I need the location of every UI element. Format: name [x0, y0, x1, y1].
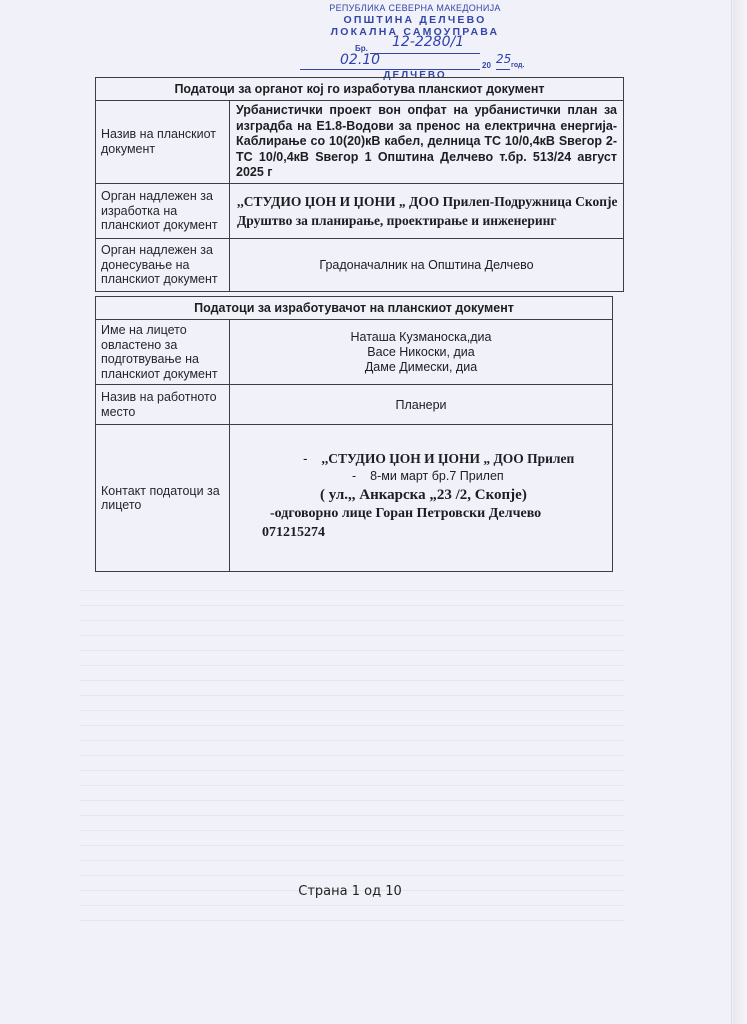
page-edge-right	[731, 0, 732, 1024]
preparing-organ-label: Орган надлежен за изработка на планскиот…	[96, 183, 230, 238]
table-row: Назив на работното место Планери	[96, 385, 613, 425]
bleed-line	[80, 920, 625, 921]
bleed-line	[80, 860, 625, 861]
author-table-header-row: Податоци за изработувачот на планскиот д…	[96, 297, 613, 320]
organ-table: Податоци за органот кој го изработува пл…	[95, 77, 624, 292]
page-shadow	[733, 0, 747, 1024]
page-number: Страна 1 од 10	[0, 884, 700, 899]
bleed-line	[80, 830, 625, 831]
preparing-organ-description: Друштво за планирање, проектирање и инже…	[237, 211, 618, 230]
bleed-line	[80, 740, 625, 741]
bleed-line	[80, 680, 625, 681]
stamp-year-line	[496, 69, 510, 70]
bleed-line	[80, 695, 625, 696]
plan-name-label: Назив на планскиот документ	[96, 101, 230, 184]
authorized-person-names: Наташа Кузманоска,диа Васе Никоски, диа …	[230, 320, 613, 385]
bleed-line	[80, 725, 625, 726]
stamp-date-row: 02.10 20 25 год.	[300, 55, 530, 72]
author-table: Податоци за изработувачот на планскиот д…	[95, 296, 613, 572]
bleed-line	[80, 905, 625, 906]
table-row: Назив на планскиот документ Урбанистички…	[96, 101, 624, 184]
bleed-line	[80, 710, 625, 711]
stamp-date-value: 02.10	[340, 52, 380, 68]
adopting-organ-label: Орган надлежен за донесување на планскио…	[96, 238, 230, 291]
person-name: Васе Никоски, диа	[235, 345, 607, 360]
stamp-number-value: 12-2280/1	[392, 34, 464, 50]
contact-phone: 071215274	[235, 525, 607, 541]
contact-address: 8-ми март бр.7 Прилеп	[370, 469, 504, 483]
table-row: Име на лицето овластено за подготвување …	[96, 320, 613, 385]
plan-name-value: Урбанистички проект вон опфат на урбанис…	[230, 101, 624, 184]
organ-table-header: Податоци за органот кој го изработува пл…	[96, 78, 624, 101]
contact-company: ,,СТУДИО ЏОН И ЏОНИ „ ДОО Прилеп	[322, 451, 575, 466]
bleed-line	[80, 785, 625, 786]
registry-stamp: РЕПУБЛИКА СЕВЕРНА МАКЕДОНИЈА ОПШТИНА ДЕЛ…	[300, 3, 530, 81]
author-table-header: Податоци за изработувачот на планскиот д…	[96, 297, 613, 320]
authorized-person-label: Име на лицето овластено за подготвување …	[96, 320, 230, 385]
bleed-line	[80, 620, 625, 621]
bleed-line	[80, 755, 625, 756]
organ-table-header-row: Податоци за органот кој го изработува пл…	[96, 78, 624, 101]
bleed-line	[80, 815, 625, 816]
contact-company-line: -,,СТУДИО ЏОН И ЏОНИ „ ДОО Прилеп	[235, 451, 607, 467]
stamp-year-prefix: 20	[482, 61, 491, 70]
bleed-line	[80, 875, 625, 876]
contact-address-2: ( ул.,, Анкарска „23 /2, Скопје)	[235, 487, 607, 504]
job-title-label: Назив на работното место	[96, 385, 230, 425]
contact-responsible-person: -одговорно лице Горан Петровски Делчево	[235, 506, 607, 522]
table-row: Контакт податоци за лицето -,,СТУДИО ЏОН…	[96, 425, 613, 572]
contact-address-line: -8-ми март бр.7 Прилеп	[235, 469, 607, 483]
stamp-year-suffix: год.	[511, 62, 524, 69]
job-title-value: Планери	[230, 385, 613, 425]
bleed-line	[80, 590, 625, 591]
contact-value: -,,СТУДИО ЏОН И ЏОНИ „ ДОО Прилеп -8-ми …	[230, 425, 613, 572]
table-row: Орган надлежен за донесување на планскио…	[96, 238, 624, 291]
stamp-year-value: 25	[496, 52, 511, 66]
table-row: Орган надлежен за изработка на планскиот…	[96, 183, 624, 238]
stamp-number-line	[370, 53, 480, 54]
stamp-country: РЕПУБЛИКА СЕВЕРНА МАКЕДОНИЈА	[300, 3, 530, 14]
preparing-organ-value: ,,СТУДИО ЏОН И ЏОНИ „ ДОО Прилеп-Подружн…	[230, 183, 624, 238]
person-name: Даме Димески, диа	[235, 360, 607, 375]
bleed-line	[80, 800, 625, 801]
adopting-organ-value: Градоначалник на Општина Делчево	[230, 238, 624, 291]
stamp-date-line	[300, 69, 480, 70]
bleed-line	[80, 770, 625, 771]
contact-label: Контакт податоци за лицето	[96, 425, 230, 572]
bleed-line	[80, 665, 625, 666]
stamp-municipality: ОПШТИНА ДЕЛЧЕВО	[300, 14, 530, 26]
preparing-organ-company: ,,СТУДИО ЏОН И ЏОНИ „ ДОО Прилеп-Подружн…	[237, 192, 618, 211]
person-name: Наташа Кузманоска,диа	[235, 330, 607, 345]
bleed-line	[80, 845, 625, 846]
bleed-line	[80, 635, 625, 636]
bleed-line	[80, 650, 625, 651]
bleed-line	[80, 605, 625, 606]
